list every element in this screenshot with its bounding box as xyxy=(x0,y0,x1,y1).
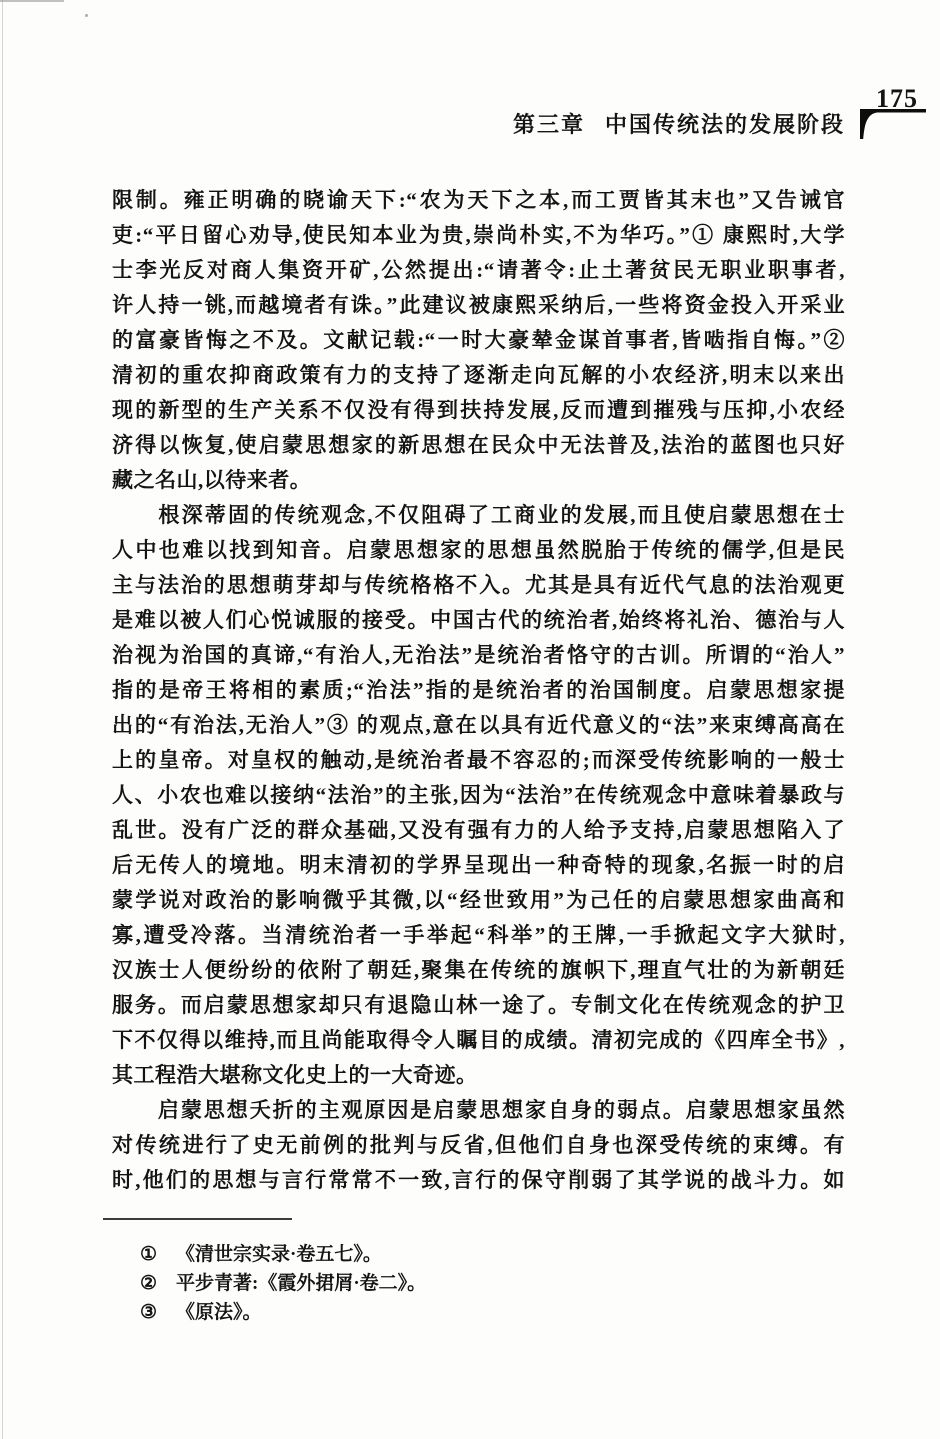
text-line: 许人持一铫,而越境者有诛。”此建议被康熙采纳后,一些将资金投入开采业 xyxy=(112,288,845,323)
text-line: 乱世。没有广泛的群众基础,又没有强有力的人给予支持,启蒙思想陷入了 xyxy=(112,813,845,848)
footnotes-block: ① 《清世宗实录·卷五七》。 ② 平步青著:《霞外捃屑·卷二》。 ③ 《原法》。 xyxy=(140,1240,740,1327)
text-line: 清初的重农抑商政策有力的支持了逐渐走向瓦解的小农经济,明末以来出 xyxy=(112,358,845,393)
text-line: 出的“有治法,无治人”③ 的观点,意在以具有近代意义的“法”来束缚高高在 xyxy=(112,708,845,743)
text-line: 汉族士人便纷纷的依附了朝廷,聚集在传统的旗帜下,理直气壮的为新朝廷 xyxy=(112,953,845,988)
footnote-text: 平步青著:《霞外捃屑·卷二》。 xyxy=(176,1269,426,1298)
text-line: 其工程浩大堪称文化史上的一大奇迹。 xyxy=(112,1058,845,1093)
text-line: 士李光反对商人集资开矿,公然提出:“请著令:止土著贫民无职业职事者, xyxy=(112,253,845,288)
text-line: 人、小农也难以接纳“法治”的主张,因为“法治”在传统观念中意味着暴政与 xyxy=(112,778,845,813)
footnote-marker: ① xyxy=(140,1240,176,1269)
corner-flag-ornament xyxy=(860,109,926,139)
text-line: 根深蒂固的传统观念,不仅阻碍了工商业的发展,而且使启蒙思想在士 xyxy=(112,498,845,533)
text-line: 上的皇帝。对皇权的触动,是统治者最不容忍的;而深受传统影响的一般士 xyxy=(112,743,845,778)
text-line: 指的是帝王将相的素质;“治法”指的是统治者的治国制度。启蒙思想家提 xyxy=(112,673,845,708)
text-line: 下不仅得以维持,而且尚能取得令人瞩目的成绩。清初完成的《四库全书》, xyxy=(112,1023,845,1058)
text-line: 藏之名山,以待来者。 xyxy=(112,463,845,498)
body-text-block: 限制。雍正明确的晓谕天下:“农为天下之本,而工贾皆其末也”又告诫官 吏:“平日留… xyxy=(112,183,845,1198)
chapter-label: 第三章 xyxy=(513,112,585,137)
text-line: 服务。而启蒙思想家却只有退隐山林一途了。专制文化在传统观念的护卫 xyxy=(112,988,845,1023)
text-line: 时,他们的思想与言行常常不一致,言行的保守削弱了其学说的战斗力。如 xyxy=(112,1163,845,1198)
footnote-text: 《清世宗实录·卷五七》。 xyxy=(176,1240,382,1269)
running-header: 第三章中国传统法的发展阶段 xyxy=(513,108,845,139)
footnote-item: ③ 《原法》。 xyxy=(140,1298,740,1327)
text-line: 吏:“平日留心劝导,使民知本业为贵,崇尚朴实,不为华巧。”① 康熙时,大学 xyxy=(112,218,845,253)
scan-speck-artifact xyxy=(85,14,88,17)
footnote-separator xyxy=(103,1218,292,1220)
text-line: 主与法治的思想萌芽却与传统格格不入。尤其是具有近代气息的法治观更 xyxy=(112,568,845,603)
footnote-marker: ③ xyxy=(140,1298,176,1327)
footnote-item: ① 《清世宗实录·卷五七》。 xyxy=(140,1240,740,1269)
text-line: 寡,遭受冷落。当清统治者一手举起“科举”的王牌,一手掀起文字大狱时, xyxy=(112,918,845,953)
scan-edge-artifact xyxy=(2,0,3,1439)
text-line: 的富豪皆悔之不及。文献记载:“一时大豪辇金谋首事者,皆啮指自悔。”② xyxy=(112,323,845,358)
book-page-scan: 第三章中国传统法的发展阶段 175 限制。雍正明确的晓谕天下:“农为天下之本,而… xyxy=(0,0,940,1439)
text-line: 人中也难以找到知音。启蒙思想家的思想虽然脱胎于传统的儒学,但是民 xyxy=(112,533,845,568)
text-line: 启蒙思想夭折的主观原因是启蒙思想家自身的弱点。启蒙思想家虽然 xyxy=(112,1093,845,1128)
text-line: 蒙学说对政治的影响微乎其微,以“经世致用”为己任的启蒙思想家曲高和 xyxy=(112,883,845,918)
text-line: 治视为治国的真谛,“有治人,无治法”是统治者恪守的古训。所谓的“治人” xyxy=(112,638,845,673)
text-line: 限制。雍正明确的晓谕天下:“农为天下之本,而工贾皆其末也”又告诫官 xyxy=(112,183,845,218)
text-line: 济得以恢复,使启蒙思想家的新思想在民众中无法普及,法治的蓝图也只好 xyxy=(112,428,845,463)
scan-edge-artifact xyxy=(0,0,64,2)
text-line: 对传统进行了史无前例的批判与反省,但他们自身也深受传统的束缚。有 xyxy=(112,1128,845,1163)
footnote-text: 《原法》。 xyxy=(176,1298,262,1327)
footnote-marker: ② xyxy=(140,1269,176,1298)
text-line: 现的新型的生产关系不仅没有得到扶持发展,反而遭到摧残与压抑,小农经 xyxy=(112,393,845,428)
text-line: 后无传人的境地。明末清初的学界呈现出一种奇特的现象,名振一时的启 xyxy=(112,848,845,883)
footnote-item: ② 平步青著:《霞外捃屑·卷二》。 xyxy=(140,1269,740,1298)
text-line: 是难以被人们心悦诚服的接受。中国古代的统治者,始终将礼治、德治与人 xyxy=(112,603,845,638)
chapter-title: 中国传统法的发展阶段 xyxy=(605,112,845,137)
